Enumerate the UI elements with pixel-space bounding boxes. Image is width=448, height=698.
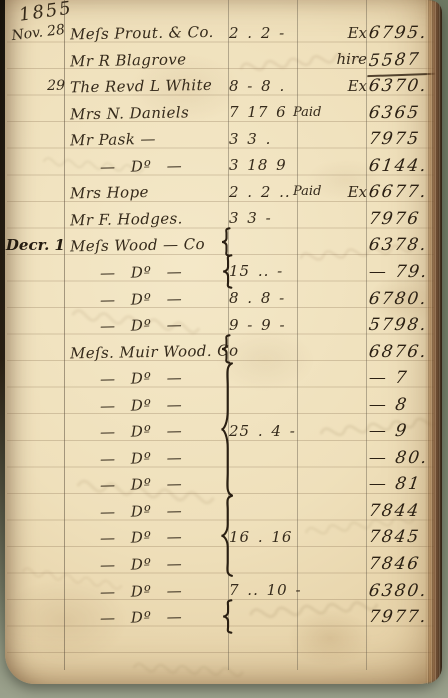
entry-amount: 3 3 . — [229, 125, 309, 152]
ledger-row: Decr. 1Meſs Wood — Co6378. — [5, 231, 442, 258]
entry-number: 7845 — [367, 523, 439, 550]
ledger-row: Mr R Blagrovehire5587 — [5, 46, 442, 73]
entry-number: 6144. — [367, 152, 439, 179]
entry-name: Mrs Hope — [70, 177, 228, 207]
entry-number: 6365 — [367, 99, 439, 126]
entry-name: — Dº — — [70, 601, 258, 631]
entry-number: 6378. — [367, 231, 439, 258]
entry-number: 5798. — [367, 311, 439, 338]
ledger-row: — Dº —7844 — [5, 497, 442, 524]
ledger-row: — Dº —15 .. -— 79. — [5, 258, 442, 285]
ledger-row: — Dº —— 81 — [5, 470, 442, 497]
entry-name: Mrs N. Daniels — [70, 97, 228, 127]
ledger-page: 1855 Nov. 28Meſs Prout. & Co.2 . 2 -Ex67… — [5, 0, 442, 684]
entry-number: — 81 — [367, 470, 439, 497]
entry-name: Mr F. Hodges. — [70, 203, 228, 233]
entry-number: 6795. — [367, 19, 439, 46]
ledger-row: — Dº —3 18 96144. — [5, 152, 442, 179]
entry-number: 6876. — [367, 338, 439, 365]
entry-number: 6380. — [367, 577, 439, 604]
entry-number: — 9 — [367, 417, 439, 444]
entry-number: 7976 — [367, 205, 439, 232]
ledger-row: — Dº —7846 — [5, 550, 442, 577]
photo-background: 1855 Nov. 28Meſs Prout. & Co.2 . 2 -Ex67… — [0, 0, 448, 698]
entry-number: 7975 — [367, 125, 439, 152]
entry-number: 7844 — [367, 497, 439, 524]
entry-mark: Ex — [321, 72, 367, 99]
entry-number: — 79. — [367, 258, 439, 285]
entry-name: — Dº — — [70, 389, 258, 419]
entry-number: 7846 — [367, 550, 439, 577]
ledger-row: — Dº —— 80. — [5, 444, 442, 471]
ledger-row: — Dº —7 .. 10 -6380. — [5, 577, 442, 604]
ledger-row: Meſs. Muir Wood. Co6876. — [5, 338, 442, 365]
ledger-row: — Dº —— 7 — [5, 364, 442, 391]
entry-number: — 8 — [367, 391, 439, 418]
ledger-row: — Dº —7977. — [5, 603, 442, 630]
ledger-row: — Dº —8 . 8 -6780. — [5, 285, 442, 312]
entry-amount: 8 . 8 - — [229, 285, 309, 312]
entry-number: — 80. — [367, 444, 439, 471]
ledger-row: — Dº —25 . 4 -— 9 — [5, 417, 442, 444]
ledger-row: Mr Pask —3 3 .7975 — [5, 125, 442, 152]
entry-name: Mr Pask — — [70, 124, 228, 154]
entry-amount: 3 3 - — [229, 205, 309, 232]
entry-amount: 7 .. 10 - — [229, 577, 309, 604]
ledger-row: 29The Revd L White8 - 8 .Ex6370. — [5, 72, 442, 99]
entry-name: Mr R Blagrove — [70, 44, 228, 74]
entry-name: Meſs Wood — Co — [70, 230, 228, 260]
entry-name: Meſs Prout. & Co. — [70, 18, 228, 48]
entry-number: 7977. — [367, 603, 439, 630]
entry-amount: 25 . 4 - — [229, 417, 309, 444]
entry-mark: Ex — [321, 178, 367, 205]
entry-amount: 9 - 9 - — [229, 311, 309, 338]
entry-name: — Dº — — [70, 469, 258, 499]
ledger-row: — Dº —— 8 — [5, 391, 442, 418]
entry-number: 6370. — [367, 72, 439, 99]
entry-amount: 8 - 8 . — [229, 72, 309, 99]
entry-amount: 3 18 9 — [229, 152, 309, 179]
ledger-row: — Dº —9 - 9 -5798. — [5, 311, 442, 338]
ledger-row: Mrs Hope2 . 2 ..PaidEx6677. — [5, 178, 442, 205]
entry-mark: hire — [321, 46, 367, 73]
entry-amount: 16 . 16 — [229, 523, 309, 550]
ledger-row: Nov. 28Meſs Prout. & Co.2 . 2 -Ex6795. — [5, 19, 442, 46]
ledger-row: Mrs N. Daniels7 17 6Paid6365 — [5, 99, 442, 126]
ledger-row: — Dº —16 . 167845 — [5, 523, 442, 550]
entry-date: Decr. 1 — [9, 231, 66, 258]
entry-name: — Dº — — [70, 548, 258, 578]
entry-name: — Dº — — [70, 363, 258, 393]
entry-date: 29 — [9, 72, 66, 99]
entry-number: 6677. — [367, 178, 439, 205]
entry-amount: 2 . 2 - — [229, 19, 309, 46]
entry-amount: 15 .. - — [229, 258, 309, 285]
entry-name: The Revd L White — [70, 71, 228, 101]
entry-date: Nov. 28 — [8, 16, 68, 50]
entry-number: — 7 — [367, 364, 439, 391]
entry-mark: Ex — [321, 19, 367, 46]
entry-note: Paid — [293, 99, 327, 126]
entry-name: Meſs. Muir Wood. Co — [70, 336, 228, 366]
ledger-row: Mr F. Hodges.3 3 -7976 — [5, 205, 442, 232]
entry-number: 6780. — [367, 285, 439, 312]
